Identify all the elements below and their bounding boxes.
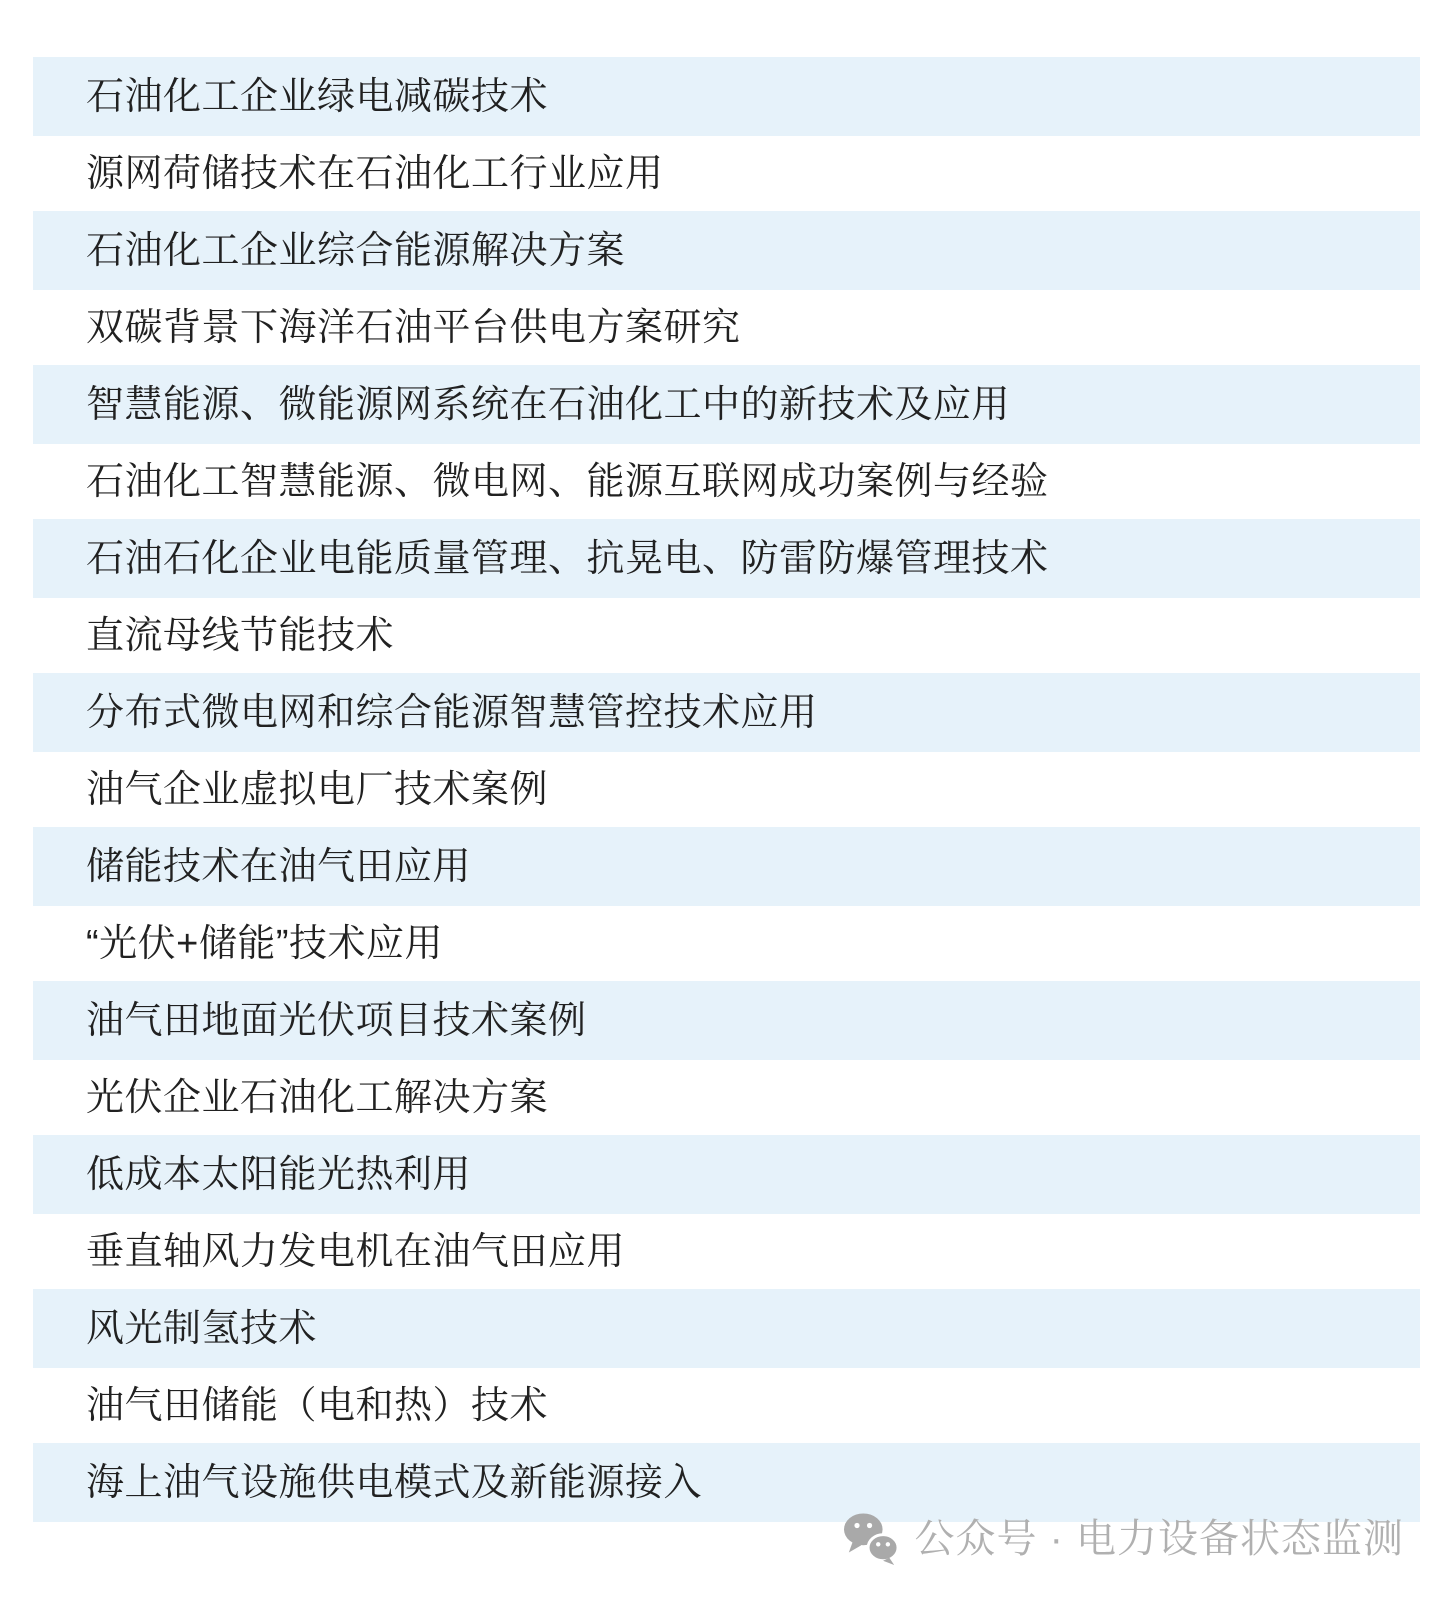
list-item: 石油化工智慧能源、微电网、能源互联网成功案例与经验 bbox=[33, 444, 1420, 519]
list-item: 低成本太阳能光热利用 bbox=[33, 1135, 1420, 1214]
list-item-label: 双碳背景下海洋石油平台供电方案研究 bbox=[86, 309, 741, 347]
technology-list: 石油化工企业绿电减碳技术 源网荷储技术在石油化工行业应用 石油化工企业综合能源解… bbox=[33, 57, 1420, 1522]
list-item-label: 石油石化企业电能质量管理、抗晃电、防雷防爆管理技术 bbox=[86, 540, 1049, 578]
list-item-label: 储能技术在油气田应用 bbox=[86, 848, 471, 886]
list-item: 石油石化企业电能质量管理、抗晃电、防雷防爆管理技术 bbox=[33, 519, 1420, 598]
list-item: 油气企业虚拟电厂技术案例 bbox=[33, 752, 1420, 827]
watermark: 公众号 · 电力设备状态监测 bbox=[842, 1512, 1404, 1566]
list-item: 智慧能源、微能源网系统在石油化工中的新技术及应用 bbox=[33, 365, 1420, 444]
list-item: “光伏+储能”技术应用 bbox=[33, 906, 1420, 981]
list-item-label: 垂直轴风力发电机在油气田应用 bbox=[86, 1233, 625, 1271]
list-item-label: 智慧能源、微能源网系统在石油化工中的新技术及应用 bbox=[86, 386, 1010, 424]
list-item-label: 石油化工智慧能源、微电网、能源互联网成功案例与经验 bbox=[86, 463, 1049, 501]
list-item: 直流母线节能技术 bbox=[33, 598, 1420, 673]
list-item-label: 油气田地面光伏项目技术案例 bbox=[86, 1002, 587, 1040]
list-item: 石油化工企业综合能源解决方案 bbox=[33, 211, 1420, 290]
list-item-label: 油气田储能（电和热）技术 bbox=[86, 1387, 548, 1425]
list-item: 储能技术在油气田应用 bbox=[33, 827, 1420, 906]
list-item: 油气田储能（电和热）技术 bbox=[33, 1368, 1420, 1443]
list-item: 双碳背景下海洋石油平台供电方案研究 bbox=[33, 290, 1420, 365]
list-item: 油气田地面光伏项目技术案例 bbox=[33, 981, 1420, 1060]
list-item-label: 光伏企业石油化工解决方案 bbox=[86, 1079, 548, 1117]
list-item: 垂直轴风力发电机在油气田应用 bbox=[33, 1214, 1420, 1289]
list-item-label: 石油化工企业绿电减碳技术 bbox=[86, 78, 548, 116]
list-item-label: 直流母线节能技术 bbox=[86, 617, 394, 655]
list-item-label: 源网荷储技术在石油化工行业应用 bbox=[86, 155, 664, 193]
list-item-label: 油气企业虚拟电厂技术案例 bbox=[86, 771, 548, 809]
list-item: 分布式微电网和综合能源智慧管控技术应用 bbox=[33, 673, 1420, 752]
list-item-label: 石油化工企业综合能源解决方案 bbox=[86, 232, 625, 270]
list-item-label: 分布式微电网和综合能源智慧管控技术应用 bbox=[86, 694, 818, 732]
list-item: 石油化工企业绿电减碳技术 bbox=[33, 57, 1420, 136]
list-item-label: 低成本太阳能光热利用 bbox=[86, 1156, 471, 1194]
list-item-label: “光伏+储能”技术应用 bbox=[86, 925, 443, 963]
list-item: 光伏企业石油化工解决方案 bbox=[33, 1060, 1420, 1135]
list-item-label: 风光制氢技术 bbox=[86, 1310, 317, 1348]
list-item-label: 海上油气设施供电模式及新能源接入 bbox=[86, 1464, 702, 1502]
wechat-icon bbox=[842, 1512, 900, 1566]
list-item: 源网荷储技术在石油化工行业应用 bbox=[33, 136, 1420, 211]
list-item: 海上油气设施供电模式及新能源接入 bbox=[33, 1443, 1420, 1522]
list-item: 风光制氢技术 bbox=[33, 1289, 1420, 1368]
watermark-text: 公众号 · 电力设备状态监测 bbox=[914, 1519, 1404, 1559]
